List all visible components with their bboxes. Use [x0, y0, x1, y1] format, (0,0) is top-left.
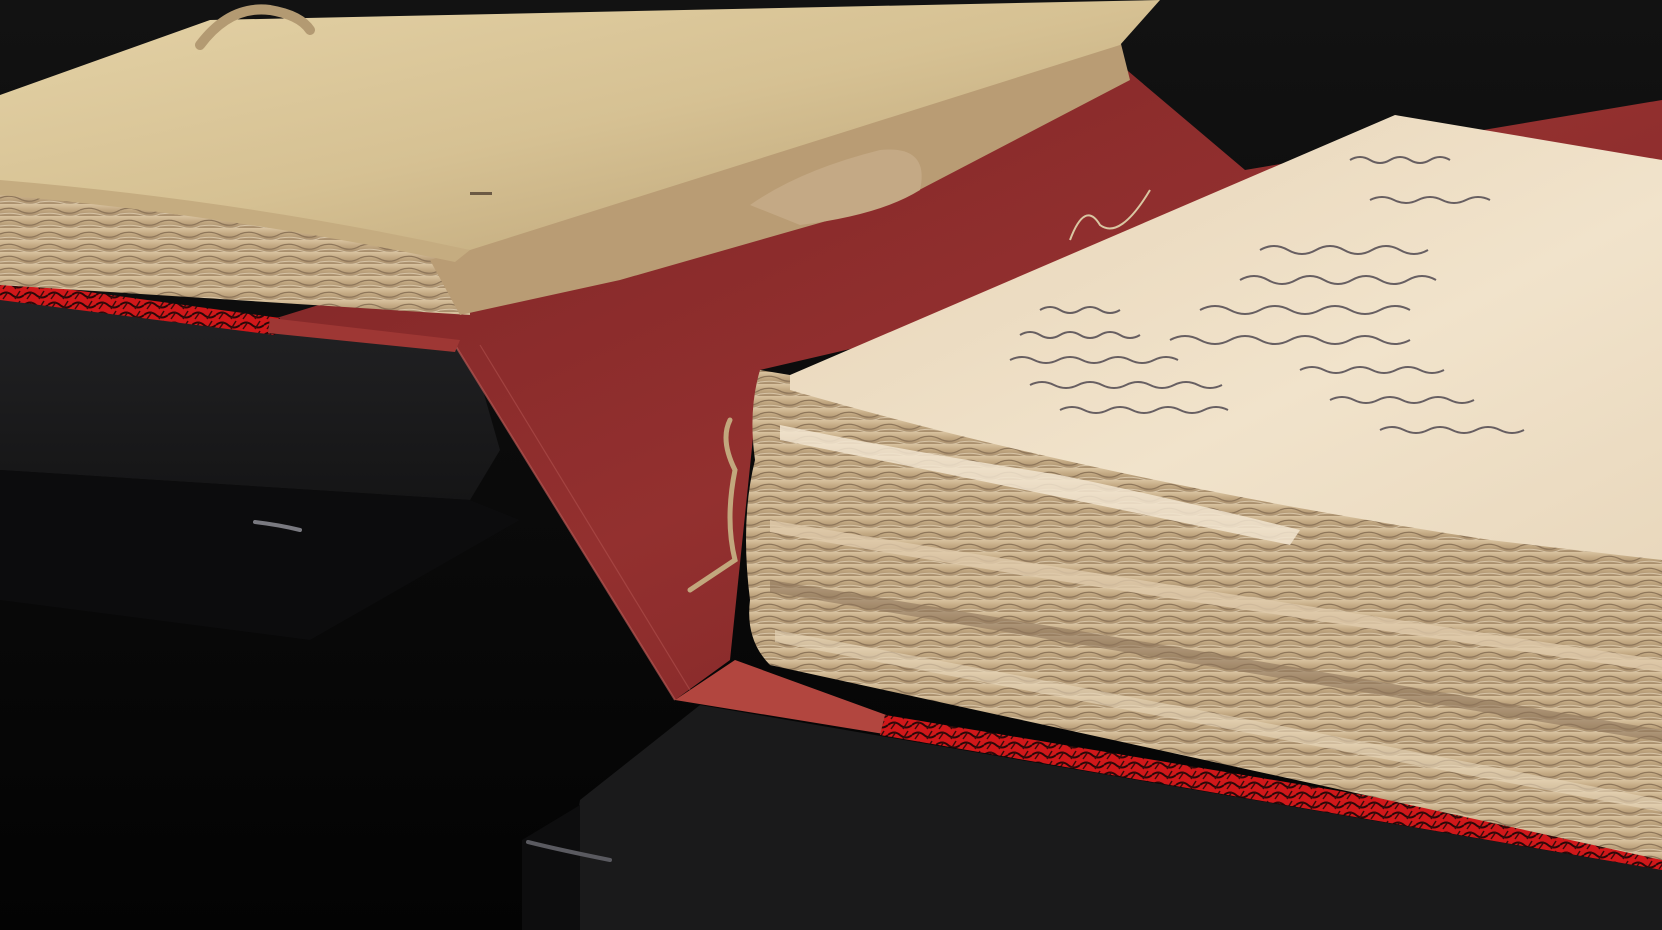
- manuscripts-photo: [0, 0, 1662, 930]
- photo-canvas: [0, 0, 1662, 930]
